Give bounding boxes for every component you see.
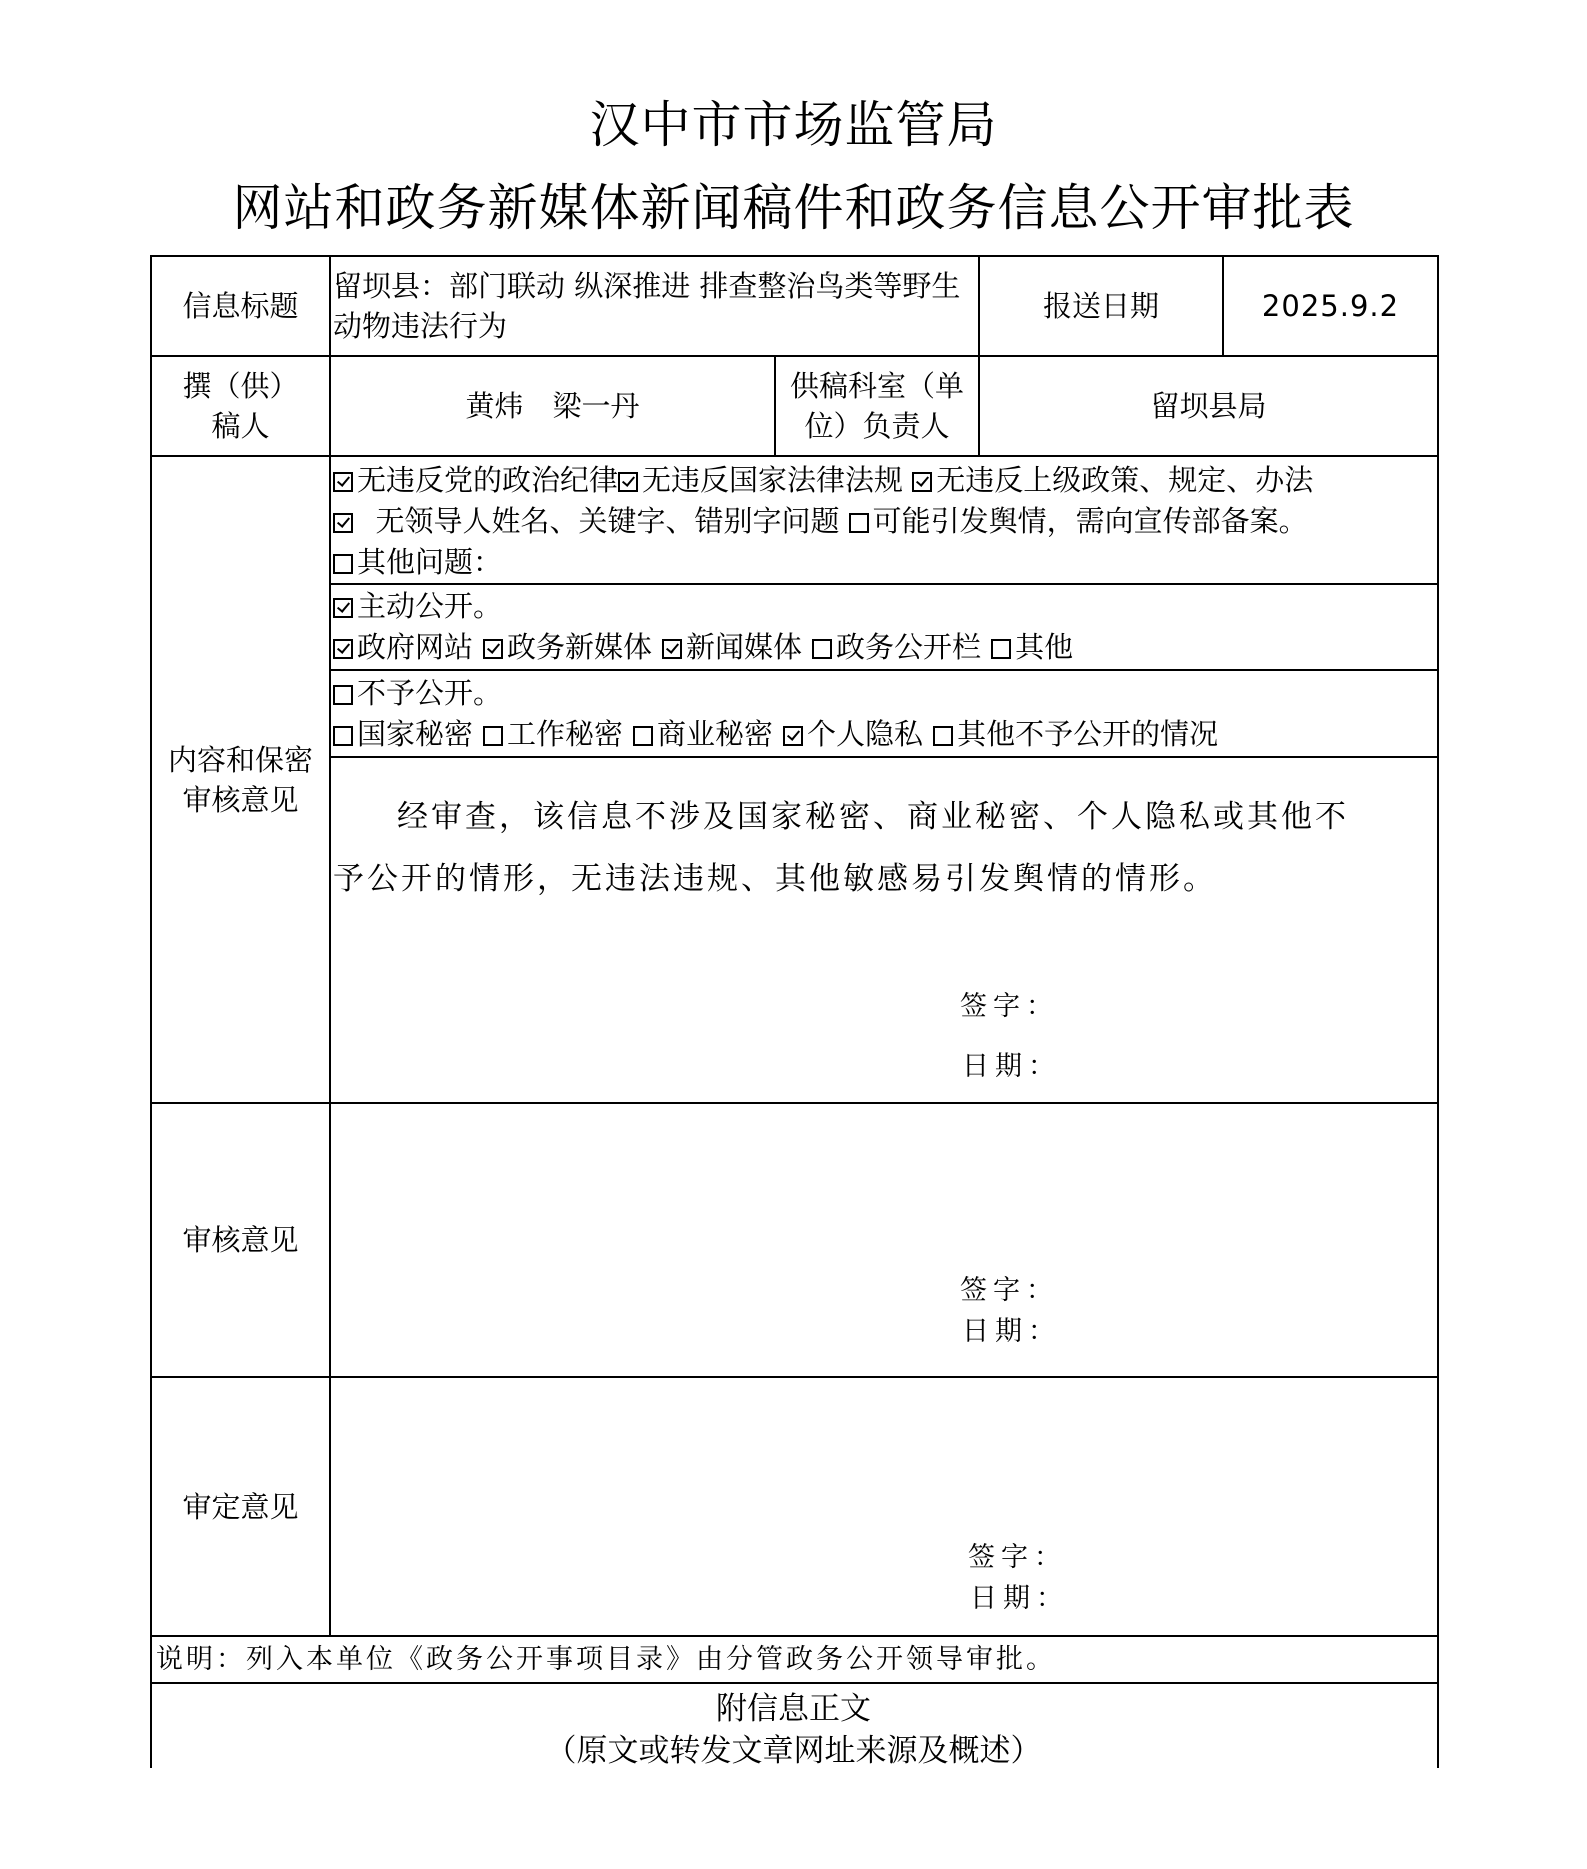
content-review-label-line1: 内容和保密 <box>168 740 313 780</box>
checkbox-unchecked-icon <box>812 639 832 659</box>
content-review-label: 内容和保密 审核意见 <box>152 457 329 1102</box>
checkbox-unchecked-icon <box>991 639 1011 659</box>
dept-head-label-line2: 位）负责人 <box>804 406 949 446</box>
author-value: 黄炜 梁一丹 <box>331 357 774 455</box>
non-disclosure-line: 不予公开。 <box>333 673 502 713</box>
checkbox-public-opinion-risk[interactable]: 可能引发舆情，需向宣传部备案。 <box>849 504 1308 538</box>
disclosure-channels-line: 政府网站政务新媒体新闻媒体政务公开栏其他 <box>333 627 1083 667</box>
approval-date-label: 日期： <box>970 1576 1069 1615</box>
note-text: 说明：列入本单位《政务公开事项目录》由分管政务公开领导审批。 <box>156 1640 1056 1680</box>
review-date-label: 日期： <box>962 1044 1061 1083</box>
checkbox-unchecked-icon <box>333 726 353 746</box>
checkbox-checked-icon <box>333 598 353 618</box>
checkbox-checked-icon <box>333 472 353 492</box>
compliance-checks-line3: 其他问题： <box>333 542 502 582</box>
review-signature-label: 签字： <box>960 984 1059 1023</box>
subrow-divider <box>329 756 1439 758</box>
checkbox-non-disclosure[interactable]: 不予公开。 <box>333 676 502 710</box>
checkbox-work-secret[interactable]: 工作秘密 <box>483 717 623 751</box>
form-title: 网站和政务新媒体新闻稿件和政务信息公开审批表 <box>0 178 1587 238</box>
approval-signature-label: 签字： <box>968 1535 1067 1574</box>
compliance-checks-line1: 无违反党的政治纪律无违反国家法律法规 无违反上级政策、规定、办法 <box>333 460 1313 500</box>
audit-signature-label: 签字： <box>960 1268 1059 1307</box>
checkbox-state-law[interactable]: 无违反国家法律法规 <box>618 463 903 497</box>
audit-opinion-input[interactable] <box>331 1104 1437 1376</box>
checkbox-checked-icon <box>333 639 353 659</box>
author-label: 撰（供） 稿人 <box>152 357 329 455</box>
checkbox-party-discipline[interactable]: 无违反党的政治纪律 <box>333 463 618 497</box>
checkbox-unchecked-icon <box>333 554 353 574</box>
checkbox-checked-icon <box>912 472 932 492</box>
checkbox-checked-icon <box>483 639 503 659</box>
checkbox-unchecked-icon <box>333 685 353 705</box>
table-border-right <box>1437 255 1439 1768</box>
attachment-subtitle: （原文或转发文章网址来源及概述） <box>150 1730 1437 1772</box>
author-label-line1: 撰（供） <box>182 366 298 406</box>
row-divider <box>150 1635 1439 1637</box>
checkbox-unchecked-icon <box>933 726 953 746</box>
checkbox-commercial-secret[interactable]: 商业秘密 <box>633 717 773 751</box>
info-title-value: 留坝县：部门联动 纵深推进 排查整治鸟类等野生动物违法行为 <box>332 257 978 355</box>
checkbox-public-board[interactable]: 政务公开栏 <box>812 630 981 664</box>
checkbox-unchecked-icon <box>633 726 653 746</box>
attachment-title: 附信息正文 <box>150 1688 1437 1730</box>
review-opinion-line2: 予公开的情形，无违法违规、其他敏感易引发舆情的情形。 <box>333 848 1433 910</box>
checkbox-unchecked-icon <box>849 513 869 533</box>
non-disclosure-reasons-line: 国家秘密工作秘密商业秘密个人隐私其他不予公开的情况 <box>333 714 1228 754</box>
checkbox-other-non-disclosure[interactable]: 其他不予公开的情况 <box>933 717 1218 751</box>
checkbox-active-disclosure[interactable]: 主动公开。 <box>333 589 502 623</box>
approval-opinion-label: 审定意见 <box>152 1378 329 1635</box>
dept-head-label: 供稿科室（单 位）负责人 <box>776 357 978 455</box>
checkbox-personal-privacy[interactable]: 个人隐私 <box>783 717 923 751</box>
dept-value: 留坝县局 <box>980 357 1437 455</box>
approval-opinion-input[interactable] <box>331 1378 1437 1635</box>
author-label-line2: 稿人 <box>211 406 269 446</box>
checkbox-checked-icon <box>333 513 353 533</box>
checkbox-leader-name-typo[interactable]: 无领导人姓名、关键字、错别字问题 <box>333 504 839 538</box>
checkbox-news-media[interactable]: 新闻媒体 <box>662 630 802 664</box>
audit-opinion-label: 审核意见 <box>152 1104 329 1376</box>
checkbox-superior-policy[interactable]: 无违反上级政策、规定、办法 <box>912 463 1313 497</box>
active-disclosure-line: 主动公开。 <box>333 586 502 626</box>
checkbox-checked-icon <box>662 639 682 659</box>
checkbox-checked-icon <box>783 726 803 746</box>
audit-date-label: 日期： <box>962 1309 1061 1348</box>
content-review-label-line2: 审核意见 <box>182 780 298 820</box>
checkbox-other-channel[interactable]: 其他 <box>991 630 1073 664</box>
checkbox-other-issues[interactable]: 其他问题： <box>333 545 502 579</box>
compliance-checks-line2: 无领导人姓名、关键字、错别字问题 可能引发舆情，需向宣传部备案。 <box>333 501 1308 541</box>
review-opinion-line1: 经审查，该信息不涉及国家秘密、商业秘密、个人隐私或其他不 <box>333 786 1433 848</box>
review-opinion-text: 经审查，该信息不涉及国家秘密、商业秘密、个人隐私或其他不 予公开的情形，无违法违… <box>333 786 1433 910</box>
checkbox-checked-icon <box>618 472 638 492</box>
checkbox-state-secret[interactable]: 国家秘密 <box>333 717 473 751</box>
row-divider <box>150 455 1439 457</box>
checkbox-unchecked-icon <box>483 726 503 746</box>
org-title: 汉中市市场监管局 <box>0 95 1587 155</box>
checkbox-gov-website[interactable]: 政府网站 <box>333 630 473 664</box>
submit-date-label: 报送日期 <box>980 257 1222 355</box>
dept-head-label-line1: 供稿科室（单 <box>790 366 964 406</box>
checkbox-gov-new-media[interactable]: 政务新媒体 <box>483 630 652 664</box>
info-title-label: 信息标题 <box>152 257 329 355</box>
submit-date-value: 2025.9.2 <box>1224 257 1437 355</box>
row-divider <box>150 1682 1439 1684</box>
subrow-divider <box>329 669 1439 671</box>
subrow-divider <box>329 583 1439 585</box>
